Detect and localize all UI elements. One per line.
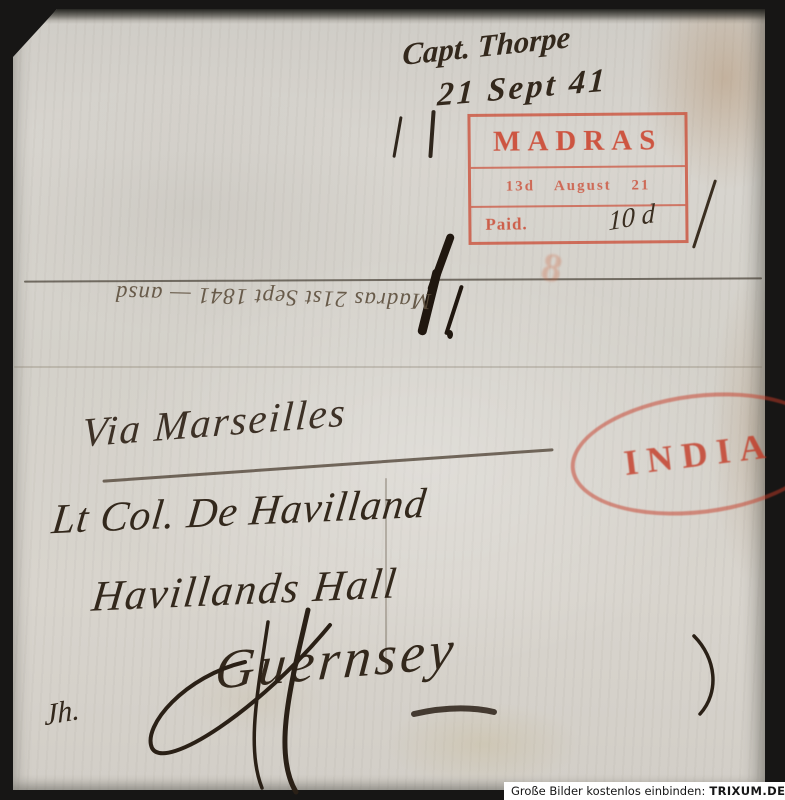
folded-page-edge <box>13 9 765 24</box>
madras-postmark: MADRAS 13d August 21 Paid. <box>467 112 688 245</box>
photo-stage: Capt. Thorpe 21 Sept 41 MADRAS 13d Augus… <box>0 0 785 800</box>
india-postmark-label: INDIA <box>621 424 776 484</box>
soft-crease-line <box>14 366 762 368</box>
ink-dot <box>447 330 453 339</box>
watermark-text: Große Bilder kostenlos einbinden: <box>511 784 705 798</box>
watermark-brand: TRIXUM.DE <box>709 784 785 798</box>
clerk-initials: Jh. <box>44 693 80 734</box>
image-host-watermark: Große Bilder kostenlos einbinden: TRIXUM… <box>504 782 785 800</box>
madras-postmark-town: MADRAS <box>470 115 684 167</box>
